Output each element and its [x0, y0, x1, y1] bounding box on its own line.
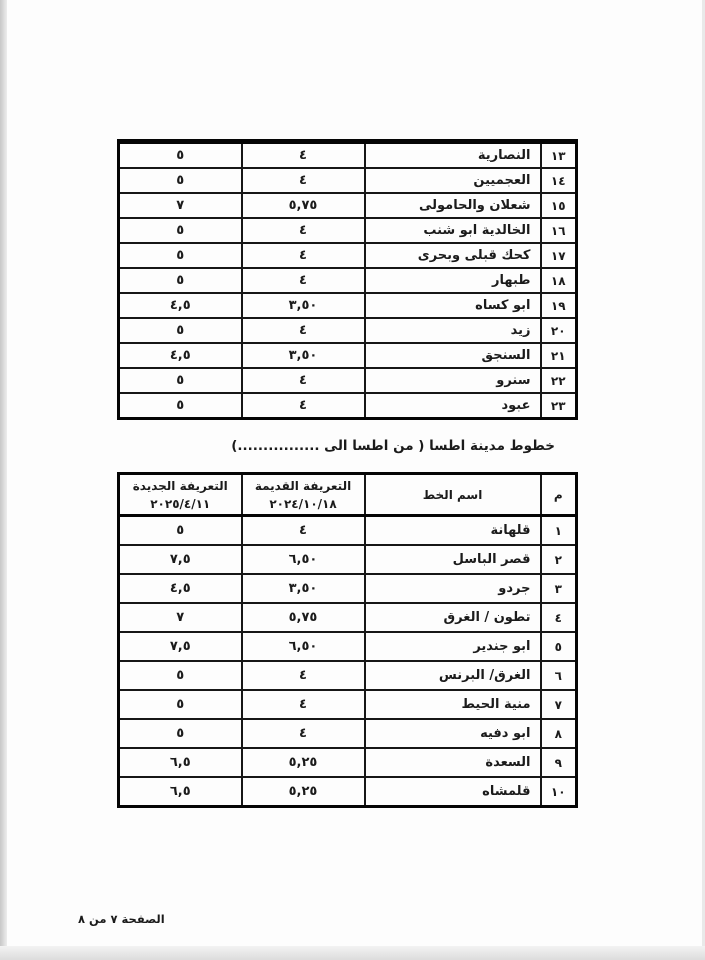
- row-number-cell: ٧: [541, 690, 577, 719]
- line-name-cell: تطون / الغرق: [365, 603, 541, 632]
- tariff-table-continuation: ١٣النصارية٤٥١٤العجميين٤٥١٥شعلان والحامول…: [117, 139, 578, 420]
- table-row: ٢٠زيد٤٥: [119, 318, 577, 343]
- table-row: ١٠قلمشاه٥,٢٥٦,٥: [119, 777, 577, 807]
- new-tariff-cell: ٥: [119, 719, 242, 748]
- table-row: ٢١السنجق٣,٥٠٤,٥: [119, 343, 577, 368]
- old-tariff-cell: ٤: [242, 142, 365, 169]
- line-name-cell: قلمشاه: [365, 777, 541, 807]
- old-tariff-cell: ٤: [242, 393, 365, 419]
- line-name-cell: ابو جندير: [365, 632, 541, 661]
- header-new-tariff-date: ٢٠٢٥/٤/١١: [122, 495, 239, 513]
- table-row: ١٧كحك قبلى وبحرى٤٥: [119, 243, 577, 268]
- line-name-cell: قصر الباسل: [365, 545, 541, 574]
- new-tariff-cell: ٦,٥: [119, 777, 242, 807]
- row-number-cell: ١٠: [541, 777, 577, 807]
- table-row: ١٥شعلان والحامولى٥,٧٥٧: [119, 193, 577, 218]
- new-tariff-cell: ٤,٥: [119, 343, 242, 368]
- old-tariff-cell: ٤: [242, 516, 365, 546]
- line-name-cell: السنجق: [365, 343, 541, 368]
- scan-edge-left: [0, 0, 7, 960]
- row-number-cell: ١٩: [541, 293, 577, 318]
- new-tariff-cell: ٥: [119, 393, 242, 419]
- table-row: ١٩ابو كساه٣,٥٠٤,٥: [119, 293, 577, 318]
- itsa-lines-table: م اسم الخط التعريفة القديمة ٢٠٢٤/١٠/١٨ ا…: [117, 472, 578, 808]
- line-name-cell: السعدة: [365, 748, 541, 777]
- old-tariff-cell: ٤: [242, 318, 365, 343]
- line-name-cell: النصارية: [365, 142, 541, 169]
- new-tariff-cell: ٥: [119, 218, 242, 243]
- old-tariff-cell: ٣,٥٠: [242, 343, 365, 368]
- old-tariff-cell: ٤: [242, 168, 365, 193]
- table-header-row: م اسم الخط التعريفة القديمة ٢٠٢٤/١٠/١٨ ا…: [119, 474, 577, 516]
- old-tariff-cell: ٦,٥٠: [242, 545, 365, 574]
- line-name-cell: الخالدية ابو شنب: [365, 218, 541, 243]
- table-row: ٥ابو جندير٦,٥٠٧,٥: [119, 632, 577, 661]
- old-tariff-cell: ٤: [242, 690, 365, 719]
- table-row: ٦الغرق/ البرنس٤٥: [119, 661, 577, 690]
- row-number-cell: ١٣: [541, 142, 577, 169]
- old-tariff-cell: ٥,٧٥: [242, 603, 365, 632]
- new-tariff-cell: ٥: [119, 516, 242, 546]
- header-new-tariff-title: التعريفة الجديدة: [122, 477, 239, 495]
- old-tariff-cell: ٤: [242, 268, 365, 293]
- old-tariff-cell: ٤: [242, 719, 365, 748]
- row-number-cell: ٢٣: [541, 393, 577, 419]
- line-name-cell: كحك قبلى وبحرى: [365, 243, 541, 268]
- row-number-cell: ٥: [541, 632, 577, 661]
- new-tariff-cell: ٥: [119, 368, 242, 393]
- table-row: ٤تطون / الغرق٥,٧٥٧: [119, 603, 577, 632]
- line-name-cell: شعلان والحامولى: [365, 193, 541, 218]
- new-tariff-cell: ٥: [119, 690, 242, 719]
- row-number-cell: ١٨: [541, 268, 577, 293]
- table-body: ١قلهانة٤٥٢قصر الباسل٦,٥٠٧,٥٣جردو٣,٥٠٤,٥٤…: [119, 516, 577, 807]
- row-number-cell: ١٥: [541, 193, 577, 218]
- header-old-tariff-title: التعريفة القديمة: [245, 477, 362, 495]
- header-new-tariff: التعريفة الجديدة ٢٠٢٥/٤/١١: [119, 474, 242, 516]
- line-name-cell: الغرق/ البرنس: [365, 661, 541, 690]
- line-name-cell: منية الحيط: [365, 690, 541, 719]
- table-row: ٢قصر الباسل٦,٥٠٧,٥: [119, 545, 577, 574]
- table-row: ١قلهانة٤٥: [119, 516, 577, 546]
- table-row: ١٣النصارية٤٥: [119, 142, 577, 169]
- table-row: ١٨طبهار٤٥: [119, 268, 577, 293]
- table-body: ١٣النصارية٤٥١٤العجميين٤٥١٥شعلان والحامول…: [119, 142, 577, 419]
- table-row: ١٤العجميين٤٥: [119, 168, 577, 193]
- new-tariff-cell: ٥: [119, 268, 242, 293]
- table-row: ٧منية الحيط٤٥: [119, 690, 577, 719]
- row-number-cell: ١٦: [541, 218, 577, 243]
- row-number-cell: ٩: [541, 748, 577, 777]
- line-name-cell: طبهار: [365, 268, 541, 293]
- line-name-cell: عبود: [365, 393, 541, 419]
- new-tariff-cell: ٧: [119, 603, 242, 632]
- page-number: الصفحة ٧ من ٨: [78, 912, 165, 926]
- section-title: خطوط مدينة اطسا ( من اطسا الى ..........…: [231, 438, 555, 454]
- row-number-cell: ١٧: [541, 243, 577, 268]
- old-tariff-cell: ٥,٧٥: [242, 193, 365, 218]
- old-tariff-cell: ٤: [242, 243, 365, 268]
- table-row: ٨ابو دفيه٤٥: [119, 719, 577, 748]
- new-tariff-cell: ٤,٥: [119, 574, 242, 603]
- table-row: ١٦الخالدية ابو شنب٤٥: [119, 218, 577, 243]
- old-tariff-cell: ٤: [242, 218, 365, 243]
- row-number-cell: ٢: [541, 545, 577, 574]
- old-tariff-cell: ٤: [242, 661, 365, 690]
- line-name-cell: قلهانة: [365, 516, 541, 546]
- row-number-cell: ٢٠: [541, 318, 577, 343]
- line-name-cell: ابو دفيه: [365, 719, 541, 748]
- new-tariff-cell: ٤,٥: [119, 293, 242, 318]
- row-number-cell: ٣: [541, 574, 577, 603]
- new-tariff-cell: ٧,٥: [119, 545, 242, 574]
- old-tariff-cell: ٣,٥٠: [242, 574, 365, 603]
- line-name-cell: ابو كساه: [365, 293, 541, 318]
- header-line-name: اسم الخط: [365, 474, 541, 516]
- line-name-cell: جردو: [365, 574, 541, 603]
- new-tariff-cell: ٧: [119, 193, 242, 218]
- new-tariff-cell: ٥: [119, 243, 242, 268]
- old-tariff-cell: ٦,٥٠: [242, 632, 365, 661]
- old-tariff-cell: ٤: [242, 368, 365, 393]
- table-row: ٢٢سنرو٤٥: [119, 368, 577, 393]
- row-number-cell: ١٤: [541, 168, 577, 193]
- new-tariff-cell: ٥: [119, 142, 242, 169]
- row-number-cell: ٢١: [541, 343, 577, 368]
- old-tariff-cell: ٥,٢٥: [242, 748, 365, 777]
- header-old-tariff-date: ٢٠٢٤/١٠/١٨: [245, 495, 362, 513]
- old-tariff-cell: ٥,٢٥: [242, 777, 365, 807]
- new-tariff-cell: ٧,٥: [119, 632, 242, 661]
- header-row-number: م: [541, 474, 577, 516]
- scanned-page: ١٣النصارية٤٥١٤العجميين٤٥١٥شعلان والحامول…: [0, 0, 705, 960]
- row-number-cell: ٢٢: [541, 368, 577, 393]
- new-tariff-cell: ٦,٥: [119, 748, 242, 777]
- new-tariff-cell: ٥: [119, 168, 242, 193]
- row-number-cell: ٨: [541, 719, 577, 748]
- new-tariff-cell: ٥: [119, 318, 242, 343]
- table-header: م اسم الخط التعريفة القديمة ٢٠٢٤/١٠/١٨ ا…: [119, 474, 577, 516]
- line-name-cell: العجميين: [365, 168, 541, 193]
- table-row: ٢٣عبود٤٥: [119, 393, 577, 419]
- row-number-cell: ١: [541, 516, 577, 546]
- line-name-cell: سنرو: [365, 368, 541, 393]
- scan-edge-bottom: [0, 946, 705, 960]
- table-row: ٩السعدة٥,٢٥٦,٥: [119, 748, 577, 777]
- old-tariff-cell: ٣,٥٠: [242, 293, 365, 318]
- new-tariff-cell: ٥: [119, 661, 242, 690]
- header-old-tariff: التعريفة القديمة ٢٠٢٤/١٠/١٨: [242, 474, 365, 516]
- row-number-cell: ٦: [541, 661, 577, 690]
- line-name-cell: زيد: [365, 318, 541, 343]
- table-row: ٣جردو٣,٥٠٤,٥: [119, 574, 577, 603]
- row-number-cell: ٤: [541, 603, 577, 632]
